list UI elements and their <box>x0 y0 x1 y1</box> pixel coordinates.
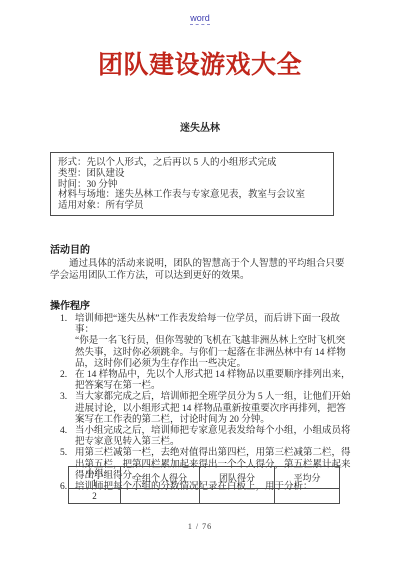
info-line-audience: 适用对象：所有学员 <box>58 201 326 212</box>
score-table: 小组 1 全组个人得分 团队得分 平均分 2 <box>68 466 340 504</box>
item-number: 2. <box>60 370 67 381</box>
item-text: 当小组完成之后，培训师把专家意见表发给每个小组，小组成员将把专家意见转入第三栏。 <box>75 426 351 447</box>
story-text: “你是一名飞行员，但你驾驶的飞机在飞越非洲丛林上空时飞机突然失事，这时你必须跳伞… <box>75 336 354 370</box>
purpose-text: 通过具体的活动来说明，团队的智慧高于个人智慧的平均组合只要学会运用团队工作方法，… <box>50 258 353 283</box>
item-text: 当大家都完成之后，培训师把全班学员分为 5 人一组，让他们开始进展讨论，以小组形… <box>75 392 351 424</box>
item-text: 培训师把“迷失丛林”工作表发给每一位学员，而后讲下面一段故事： <box>75 314 340 335</box>
info-line-format: 形式：先以个人形式，之后再以 5 人的小组形式完成 <box>58 158 326 169</box>
procedure-section: 操作程序 1. 培训师把“迷失丛林”工作表发给每一位学员，而后讲下面一段故事： … <box>50 300 354 493</box>
header-individual-score: 全组个人得分 <box>121 467 200 489</box>
procedure-item-3: 3. 当大家都完成之后，培训师把全班学员分为 5 人一组，让他们开始进展讨论，以… <box>50 392 354 426</box>
info-line-time: 时间：30 分钟 <box>58 180 326 191</box>
info-line-materials: 材料与场地：迷失丛林工作表与专家意见表，教室与会议室 <box>58 190 326 201</box>
procedure-item-2: 2. 在 14 样物品中，先以个人形式把 14 样物品以重要顺序排列出来，把答案… <box>50 370 354 392</box>
item-number: 4. <box>60 426 67 437</box>
game-title: 迷失丛林 <box>0 119 400 134</box>
table-row: 2 <box>69 489 340 504</box>
purpose-section: 活动目的 通过具体的活动来说明，团队的智慧高于个人智慧的平均组合只要学会运用团队… <box>50 244 353 283</box>
header-team-score: 团队得分 <box>200 467 275 489</box>
empty-cell <box>200 489 275 504</box>
empty-cell <box>275 489 340 504</box>
info-line-type: 类型：团队建设 <box>58 169 326 180</box>
item-number: 1. <box>60 314 67 325</box>
purpose-heading: 活动目的 <box>50 244 353 257</box>
group-header-cell: 小组 1 <box>69 467 121 489</box>
group-header-label: 小组 <box>69 468 120 478</box>
procedure-item-1: 1. 培训师把“迷失丛林”工作表发给每一位学员，而后讲下面一段故事： “你是一名… <box>50 314 354 370</box>
header-average-score: 平均分 <box>275 467 340 489</box>
item-text: 在 14 样物品中，先以个人形式把 14 样物品以重要顺序排列出来，把答案写在第… <box>75 370 351 391</box>
item-number: 5. <box>60 448 67 459</box>
word-link[interactable]: word <box>190 13 210 25</box>
empty-cell <box>121 489 200 504</box>
table-header-row: 小组 1 全组个人得分 团队得分 平均分 <box>69 467 340 489</box>
item-number: 3. <box>60 392 67 403</box>
document-page: word 团队建设游戏大全 迷失丛林 形式：先以个人形式，之后再以 5 人的小组… <box>0 0 400 566</box>
group-row2-label: 2 <box>69 489 121 504</box>
info-box: 形式：先以个人形式，之后再以 5 人的小组形式完成 类型：团队建设 时间：30 … <box>50 152 334 216</box>
top-link-container: word <box>0 13 400 23</box>
procedure-item-4: 4. 当小组完成之后，培训师把专家意见表发给每个小组，小组成员将把专家意见转入第… <box>50 426 354 448</box>
document-title: 团队建设游戏大全 <box>0 45 400 81</box>
group-row1-label: 1 <box>69 478 120 488</box>
procedure-heading: 操作程序 <box>50 300 354 313</box>
item-number: 6. <box>60 482 67 493</box>
page-number: 1 / 76 <box>0 522 400 531</box>
